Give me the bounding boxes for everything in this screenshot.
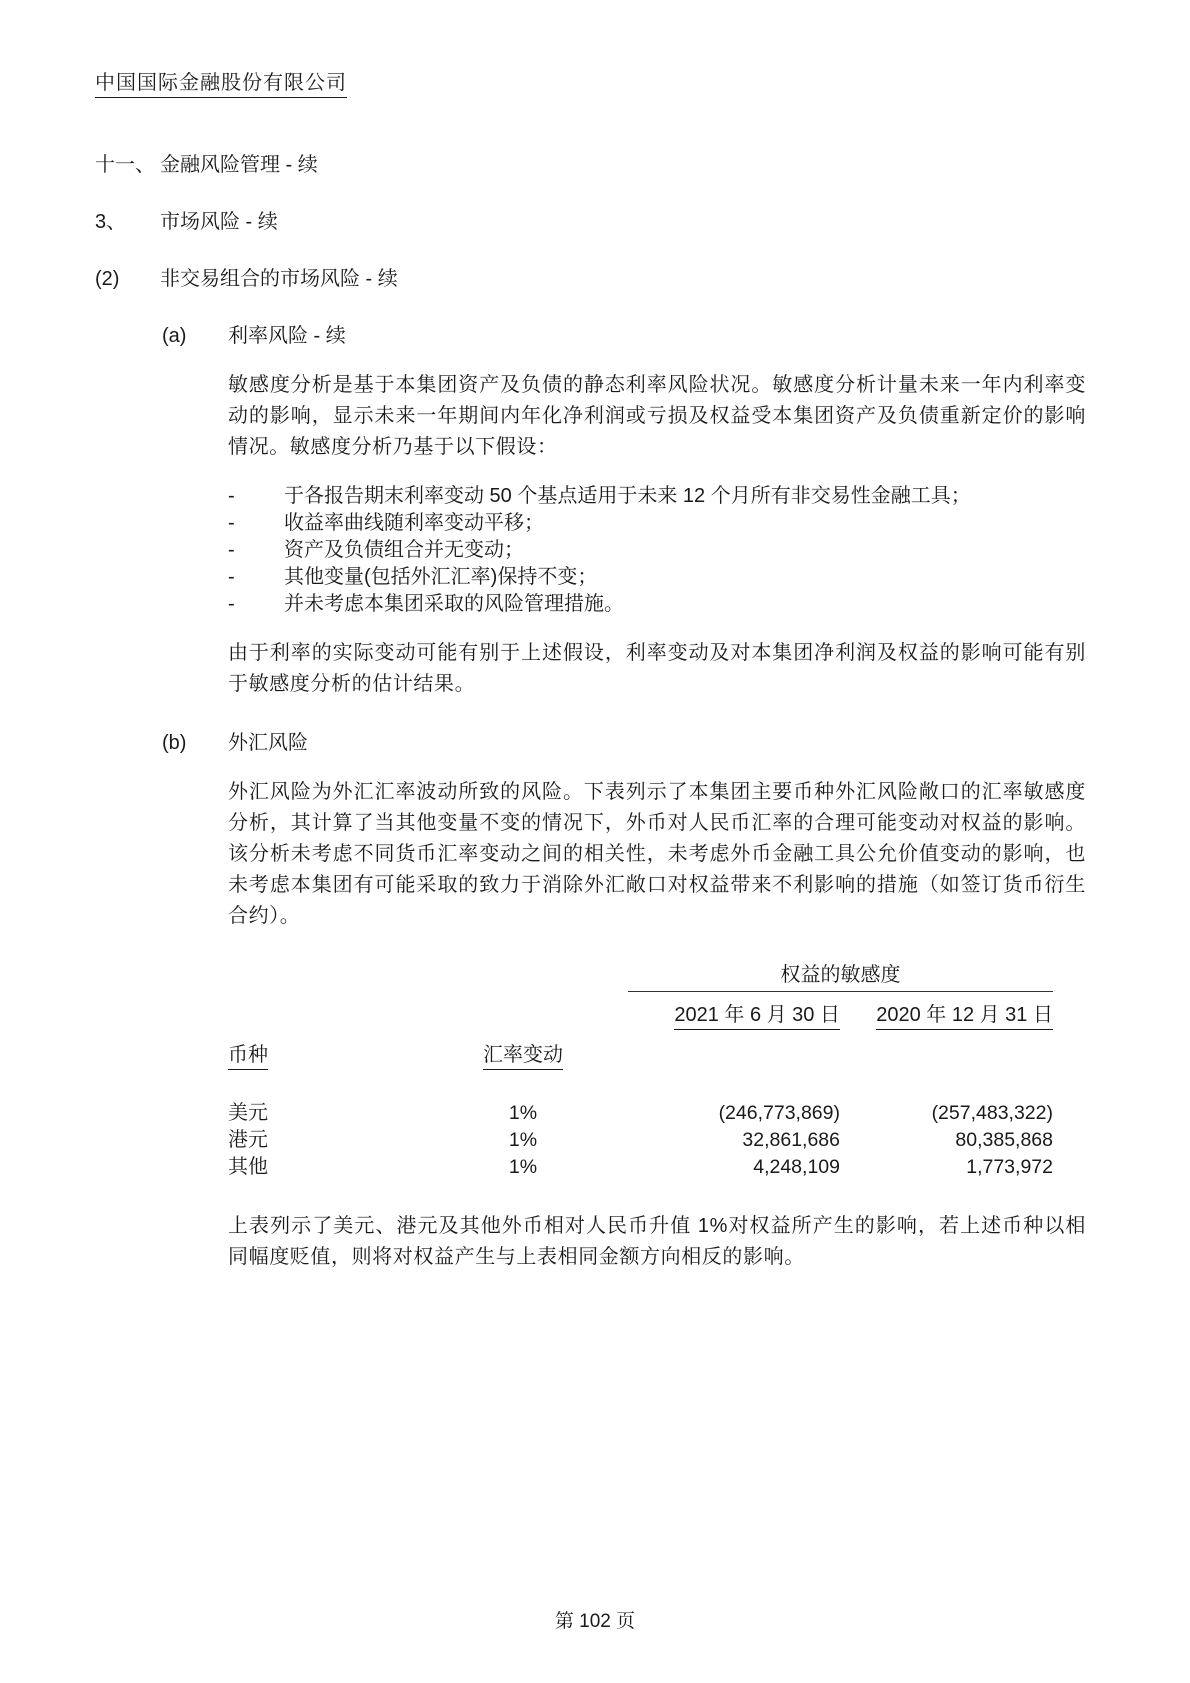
bullet-dash: - [228,591,284,618]
table-row: 港元 1% 32,861,686 80,385,868 [228,1127,1053,1154]
section-title: 外汇风险 [228,726,308,755]
list-item: - 资产及负债组合并无变动； [228,537,1098,564]
section-number: (b) [162,732,228,755]
table-date-header-row: 2021 年 6 月 30 日 2020 年 12 月 31 日 [228,998,1053,1030]
value-2020-cell: (257,483,322) [840,1100,1053,1127]
bullet-dash: - [228,564,284,591]
section-number: (a) [162,325,228,348]
company-name: 中国国际金融股份有限公司 [95,66,347,98]
value-2020-cell: 1,773,972 [840,1154,1053,1181]
table-row: 美元 1% (246,773,869) (257,483,322) [228,1100,1053,1127]
section-title: 金融风险管理 - 续 [160,148,318,177]
value-2020-cell: 80,385,868 [840,1127,1053,1154]
list-item-text: 并未考虑本集团采取的风险管理措施。 [284,591,624,618]
list-item-text: 于各报告期末利率变动 50 个基点适用于未来 12 个月所有非交易性金融工具； [284,483,971,510]
section-title: 市场风险 - 续 [160,205,278,234]
section-number: (2) [95,268,160,291]
currency-column-header: 币种 [228,1038,418,1070]
bullet-dash: - [228,537,284,564]
date-column-2020: 2020 年 12 月 31 日 [840,998,1053,1030]
fx-risk-note: 上表列示了美元、港元及其他外币相对人民币升值 1%对权益所产生的影响，若上述币种… [228,1211,1086,1273]
value-2021-cell: (246,773,869) [628,1100,840,1127]
list-item-text: 收益率曲线随利率变动平移； [284,510,544,537]
section-heading-11: 十一、 金融风险管理 - 续 [95,148,1098,177]
table-row: 其他 1% 4,248,109 1,773,972 [228,1154,1053,1181]
value-2021-cell: 4,248,109 [628,1154,840,1181]
section-heading-2: (2) 非交易组合的市场风险 - 续 [95,262,1098,291]
bullet-dash: - [228,483,284,510]
date-column-2021: 2021 年 6 月 30 日 [628,998,840,1030]
currency-cell: 其他 [228,1154,418,1181]
page-number: 第 102 页 [0,1606,1190,1633]
list-item: - 其他变量(包括外汇汇率)保持不变； [228,564,1098,591]
list-item: - 并未考虑本集团采取的风险管理措施。 [228,591,1098,618]
fx-risk-paragraph: 外汇风险为外汇汇率波动所致的风险。下表列示了本集团主要币种外汇风险敞口的汇率敏感… [228,777,1086,932]
interest-rate-risk-paragraph: 敏感度分析是基于本集团资产及负债的静态利率风险状况。敏感度分析计量未来一年内利率… [228,370,1086,463]
section-heading-a: (a) 利率风险 - 续 [162,319,1098,348]
fx-sensitivity-table: 权益的敏感度 2021 年 6 月 30 日 2020 年 12 月 31 日 … [228,958,1053,1181]
rate-change-cell: 1% [418,1100,628,1127]
currency-cell: 港元 [228,1127,418,1154]
section-heading-3: 3、 市场风险 - 续 [95,205,1098,234]
rate-change-column-header: 汇率变动 [418,1038,628,1070]
section-heading-b: (b) 外汇风险 [162,726,1098,755]
list-item-text: 其他变量(包括外汇汇率)保持不变； [284,564,597,591]
section-number: 十一、 [95,148,160,177]
list-item-text: 资产及负债组合并无变动； [284,537,524,564]
value-2021-cell: 32,861,686 [628,1127,840,1154]
equity-sensitivity-header: 权益的敏感度 [628,958,1053,992]
table-group-header-row: 权益的敏感度 [228,958,1053,992]
bullet-dash: - [228,510,284,537]
section-title: 利率风险 - 续 [228,319,346,348]
table-column-header-row: 币种 汇率变动 [228,1038,1053,1070]
assumption-list: - 于各报告期末利率变动 50 个基点适用于未来 12 个月所有非交易性金融工具… [228,483,1098,618]
section-number: 3、 [95,205,160,234]
list-item: - 于各报告期末利率变动 50 个基点适用于未来 12 个月所有非交易性金融工具… [228,483,1098,510]
table-body: 美元 1% (246,773,869) (257,483,322) 港元 1% … [228,1100,1053,1181]
rate-change-cell: 1% [418,1127,628,1154]
document-page: 中国国际金融股份有限公司 十一、 金融风险管理 - 续 3、 市场风险 - 续 … [0,0,1190,1683]
currency-cell: 美元 [228,1100,418,1127]
list-item: - 收益率曲线随利率变动平移； [228,510,1098,537]
section-title: 非交易组合的市场风险 - 续 [160,262,398,291]
rate-change-cell: 1% [418,1154,628,1181]
interest-rate-risk-note: 由于利率的实际变动可能有别于上述假设，利率变动及对本集团净利润及权益的影响可能有… [228,638,1086,700]
